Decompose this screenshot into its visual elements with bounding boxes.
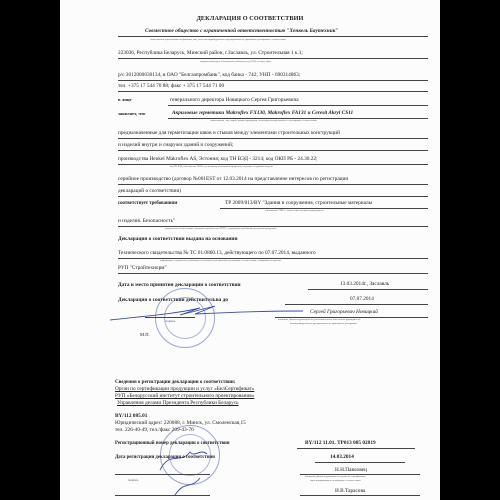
director-signature — [105, 300, 305, 325]
manufacturer-caption: код ТН ВЭД, обозначение ТНПА, по котором… — [170, 165, 273, 168]
divider — [118, 273, 428, 274]
registrar-signatures — [145, 440, 225, 500]
date-place-label: Дата и место принятия декларации о соотв… — [118, 282, 241, 288]
divider — [118, 150, 428, 151]
registration-org-line-2: РУП «Белорусский институт строительного … — [115, 393, 254, 399]
signer-1-caption-2: зарегистрировавшего декларацию о соответ… — [310, 479, 361, 482]
signatory-caption-1: инициалы, фамилия руководителя (уполномо… — [278, 318, 360, 321]
reg-date-label: Дата регистрации декларации о соответств… — [115, 455, 215, 460]
basis-caption: информация о документах, являющихся осно… — [160, 259, 281, 262]
declaration-page: ДЕКЛАРАЦИЯ О СООТВЕТСТВИИ Совместное общ… — [60, 0, 440, 500]
divider — [315, 462, 405, 463]
divider — [118, 91, 428, 92]
phone-fax: тел. +375 17 544 70 88; факс + 375 17 54… — [118, 83, 224, 89]
signer-1-caption-1: инициалы, фамилия руководителя органа по… — [305, 475, 366, 478]
divider — [118, 58, 428, 59]
basis-heading: Декларация о соответствии выдана на осно… — [118, 236, 238, 242]
reg-number-value: BY/112 11.01. ТР013 085 02819 — [305, 440, 376, 446]
divider — [118, 138, 428, 139]
requirements-caption-1: обозначение ТНПА, соответствие которым п… — [265, 209, 324, 212]
serial-line-2: деклараций о соответствии) — [118, 188, 181, 194]
basis-issuer: РУП "Стройтехнорм" — [118, 265, 167, 271]
applicant-name: Совместное общество с ограниченной ответ… — [145, 28, 338, 34]
valid-until-value: 07.07.2014 — [350, 296, 374, 302]
registrar-signer-2: И.В.Тарасова — [335, 488, 365, 494]
reg-date-value: 14.03.2014 — [330, 454, 354, 460]
bank-details: р/с 3012000030134, в ОАО "Белгазпромбанк… — [118, 72, 300, 78]
address-caption: юридический адрес и банковские реквизиты… — [200, 60, 271, 63]
divider — [115, 495, 210, 496]
applicant-address: 223036, Республика Беларусь, Минский рай… — [118, 50, 303, 56]
purpose-line-2: и изделий внутри и снаружи зданий и соор… — [118, 142, 233, 148]
registration-org-line-3: Управления делами Президента Республики … — [117, 400, 239, 406]
divider — [118, 36, 428, 37]
product-caption: наименование, тип, марка, артикул продук… — [210, 119, 317, 122]
declares-label: заявляет, что — [118, 111, 145, 116]
registrar-signer-1: Н.Н.Павловец — [335, 467, 367, 473]
registration-org-code: BY/112 085.01 — [115, 413, 147, 419]
applicant-caption: наименование организации или фамилия, им… — [150, 38, 286, 41]
divider — [118, 184, 428, 185]
divider — [297, 448, 415, 449]
registration-org-line-1: Орган по сертификации продукции и услуг … — [115, 386, 254, 392]
person-label: в лице — [118, 97, 132, 102]
divider — [115, 474, 210, 475]
reg-number-label: Регистрационный номер декларации о соотв… — [115, 441, 230, 446]
divider — [300, 495, 420, 496]
divider — [118, 196, 428, 197]
divider — [145, 317, 195, 318]
divider — [308, 289, 428, 290]
product-name: Акриловые герметики Makroflex FX130, Mak… — [172, 110, 353, 116]
seal-label: М.П. — [140, 332, 150, 337]
purpose-line-1: предназначенные для герметизации швов и … — [118, 130, 340, 136]
serial-line-1: серийное производство (договор №001EST о… — [118, 176, 348, 182]
registration-org-address: Юридический адрес: 220088, г. Минск, ул.… — [115, 420, 246, 426]
complies-label: соответствует требованиям — [118, 201, 177, 206]
person-name: генерального директора Новицкого Сергея … — [170, 97, 299, 103]
divider — [220, 208, 428, 209]
date-place-value: 13.03.2014г., Заславль — [340, 281, 389, 287]
requirements-line-2: и изделия. Безопасность" — [118, 218, 175, 224]
registration-heading: Сведения о регистрации декларации о соот… — [115, 380, 235, 385]
signature-caption: подпись — [165, 319, 175, 323]
divider — [285, 304, 428, 305]
manufacturer: производства Henkel Makroflex AS, Эстони… — [118, 156, 318, 162]
document-title: ДЕКЛАРАЦИЯ О СООТВЕТСТВИИ — [60, 15, 440, 22]
signatory-name: Сергей Григорьевич Новицкий — [310, 309, 378, 315]
registrar-sign-caption: подпись — [128, 478, 138, 482]
requirements-line-1: ТР 2009/013/BY "Здания и сооружения, стр… — [225, 200, 372, 206]
signatory-caption-2: или индивидуального предпринимателя, при… — [290, 322, 357, 325]
basis-text: Технического свидетельства № ТС 01.0860.… — [118, 250, 316, 256]
divider — [168, 105, 428, 106]
requirements-caption-2: документов в соответствии с указанием пу… — [165, 227, 276, 230]
divider — [118, 80, 428, 81]
